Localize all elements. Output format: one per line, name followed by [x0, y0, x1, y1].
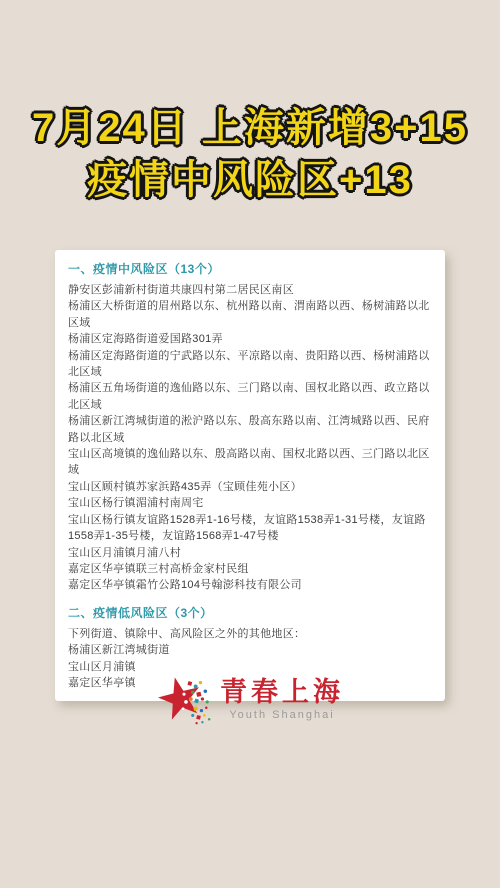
risk-area-item: 嘉定区华亭镇霜竹公路104号翰澎科技有限公司 — [68, 577, 434, 593]
medium-risk-section: 一、疫情中风险区（13个） 静安区彭浦新村街道共康四村第二居民区南区杨浦区大桥街… — [68, 261, 434, 594]
headline-line-1: 7月24日 上海新增3+15 — [0, 102, 500, 154]
low-risk-heading: 二、疫情低风险区（3个） — [68, 605, 434, 622]
star-confetti-icon — [156, 668, 214, 730]
risk-area-item: 宝山区高境镇的逸仙路以东、殷高路以南、国权北路以西、三门路以北区域 — [68, 446, 434, 479]
medium-risk-list: 静安区彭浦新村街道共康四村第二居民区南区杨浦区大桥街道的眉州路以东、杭州路以南、… — [68, 282, 434, 594]
risk-area-item: 杨浦区定海路街道的宁武路以东、平凉路以南、贵阳路以西、杨树浦路以北区域 — [68, 348, 434, 381]
low-risk-intro: 下列街道、镇除中、高风险区之外的其他地区： — [68, 626, 434, 642]
medium-risk-heading: 一、疫情中风险区（13个） — [68, 261, 434, 278]
risk-area-item: 杨浦区新江湾城街道 — [68, 642, 434, 658]
youth-shanghai-logo: 青春上海 Youth Shanghai — [0, 668, 500, 730]
risk-area-item: 杨浦区定海路街道爱国路301弄 — [68, 331, 434, 347]
risk-area-item: 宝山区杨行镇友谊路1528弄1-16号楼，友谊路1538弄1-31号楼，友谊路1… — [68, 512, 434, 545]
logo-subtitle: Youth Shanghai — [229, 708, 334, 722]
headline: 7月24日 上海新增3+15 疫情中风险区+13 — [0, 102, 500, 206]
risk-list-card: 一、疫情中风险区（13个） 静安区彭浦新村街道共康四村第二居民区南区杨浦区大桥街… — [55, 250, 445, 701]
risk-area-item: 杨浦区新江湾城街道的淞沪路以东、殷高东路以南、江湾城路以西、民府路以北区域 — [68, 413, 434, 446]
risk-area-item: 杨浦区大桥街道的眉州路以东、杭州路以南、渭南路以西、杨树浦路以北区域 — [68, 298, 434, 331]
logo-text-block: 青春上海 Youth Shanghai — [220, 677, 344, 722]
risk-area-item: 静安区彭浦新村街道共康四村第二居民区南区 — [68, 282, 434, 298]
logo-brand-name: 青春上海 — [220, 677, 344, 707]
risk-area-item: 宝山区杨行镇湄浦村南周宅 — [68, 495, 434, 511]
risk-area-item: 杨浦区五角场街道的逸仙路以东、三门路以南、国权北路以西、政立路以北区域 — [68, 380, 434, 413]
risk-area-item: 嘉定区华亭镇联三村高桥金家村民组 — [68, 561, 434, 577]
headline-line-2: 疫情中风险区+13 — [0, 154, 500, 206]
risk-area-item: 宝山区月浦镇月浦八村 — [68, 545, 434, 561]
risk-area-item: 宝山区顾村镇苏家浜路435弄（宝顾佳苑小区） — [68, 479, 434, 495]
